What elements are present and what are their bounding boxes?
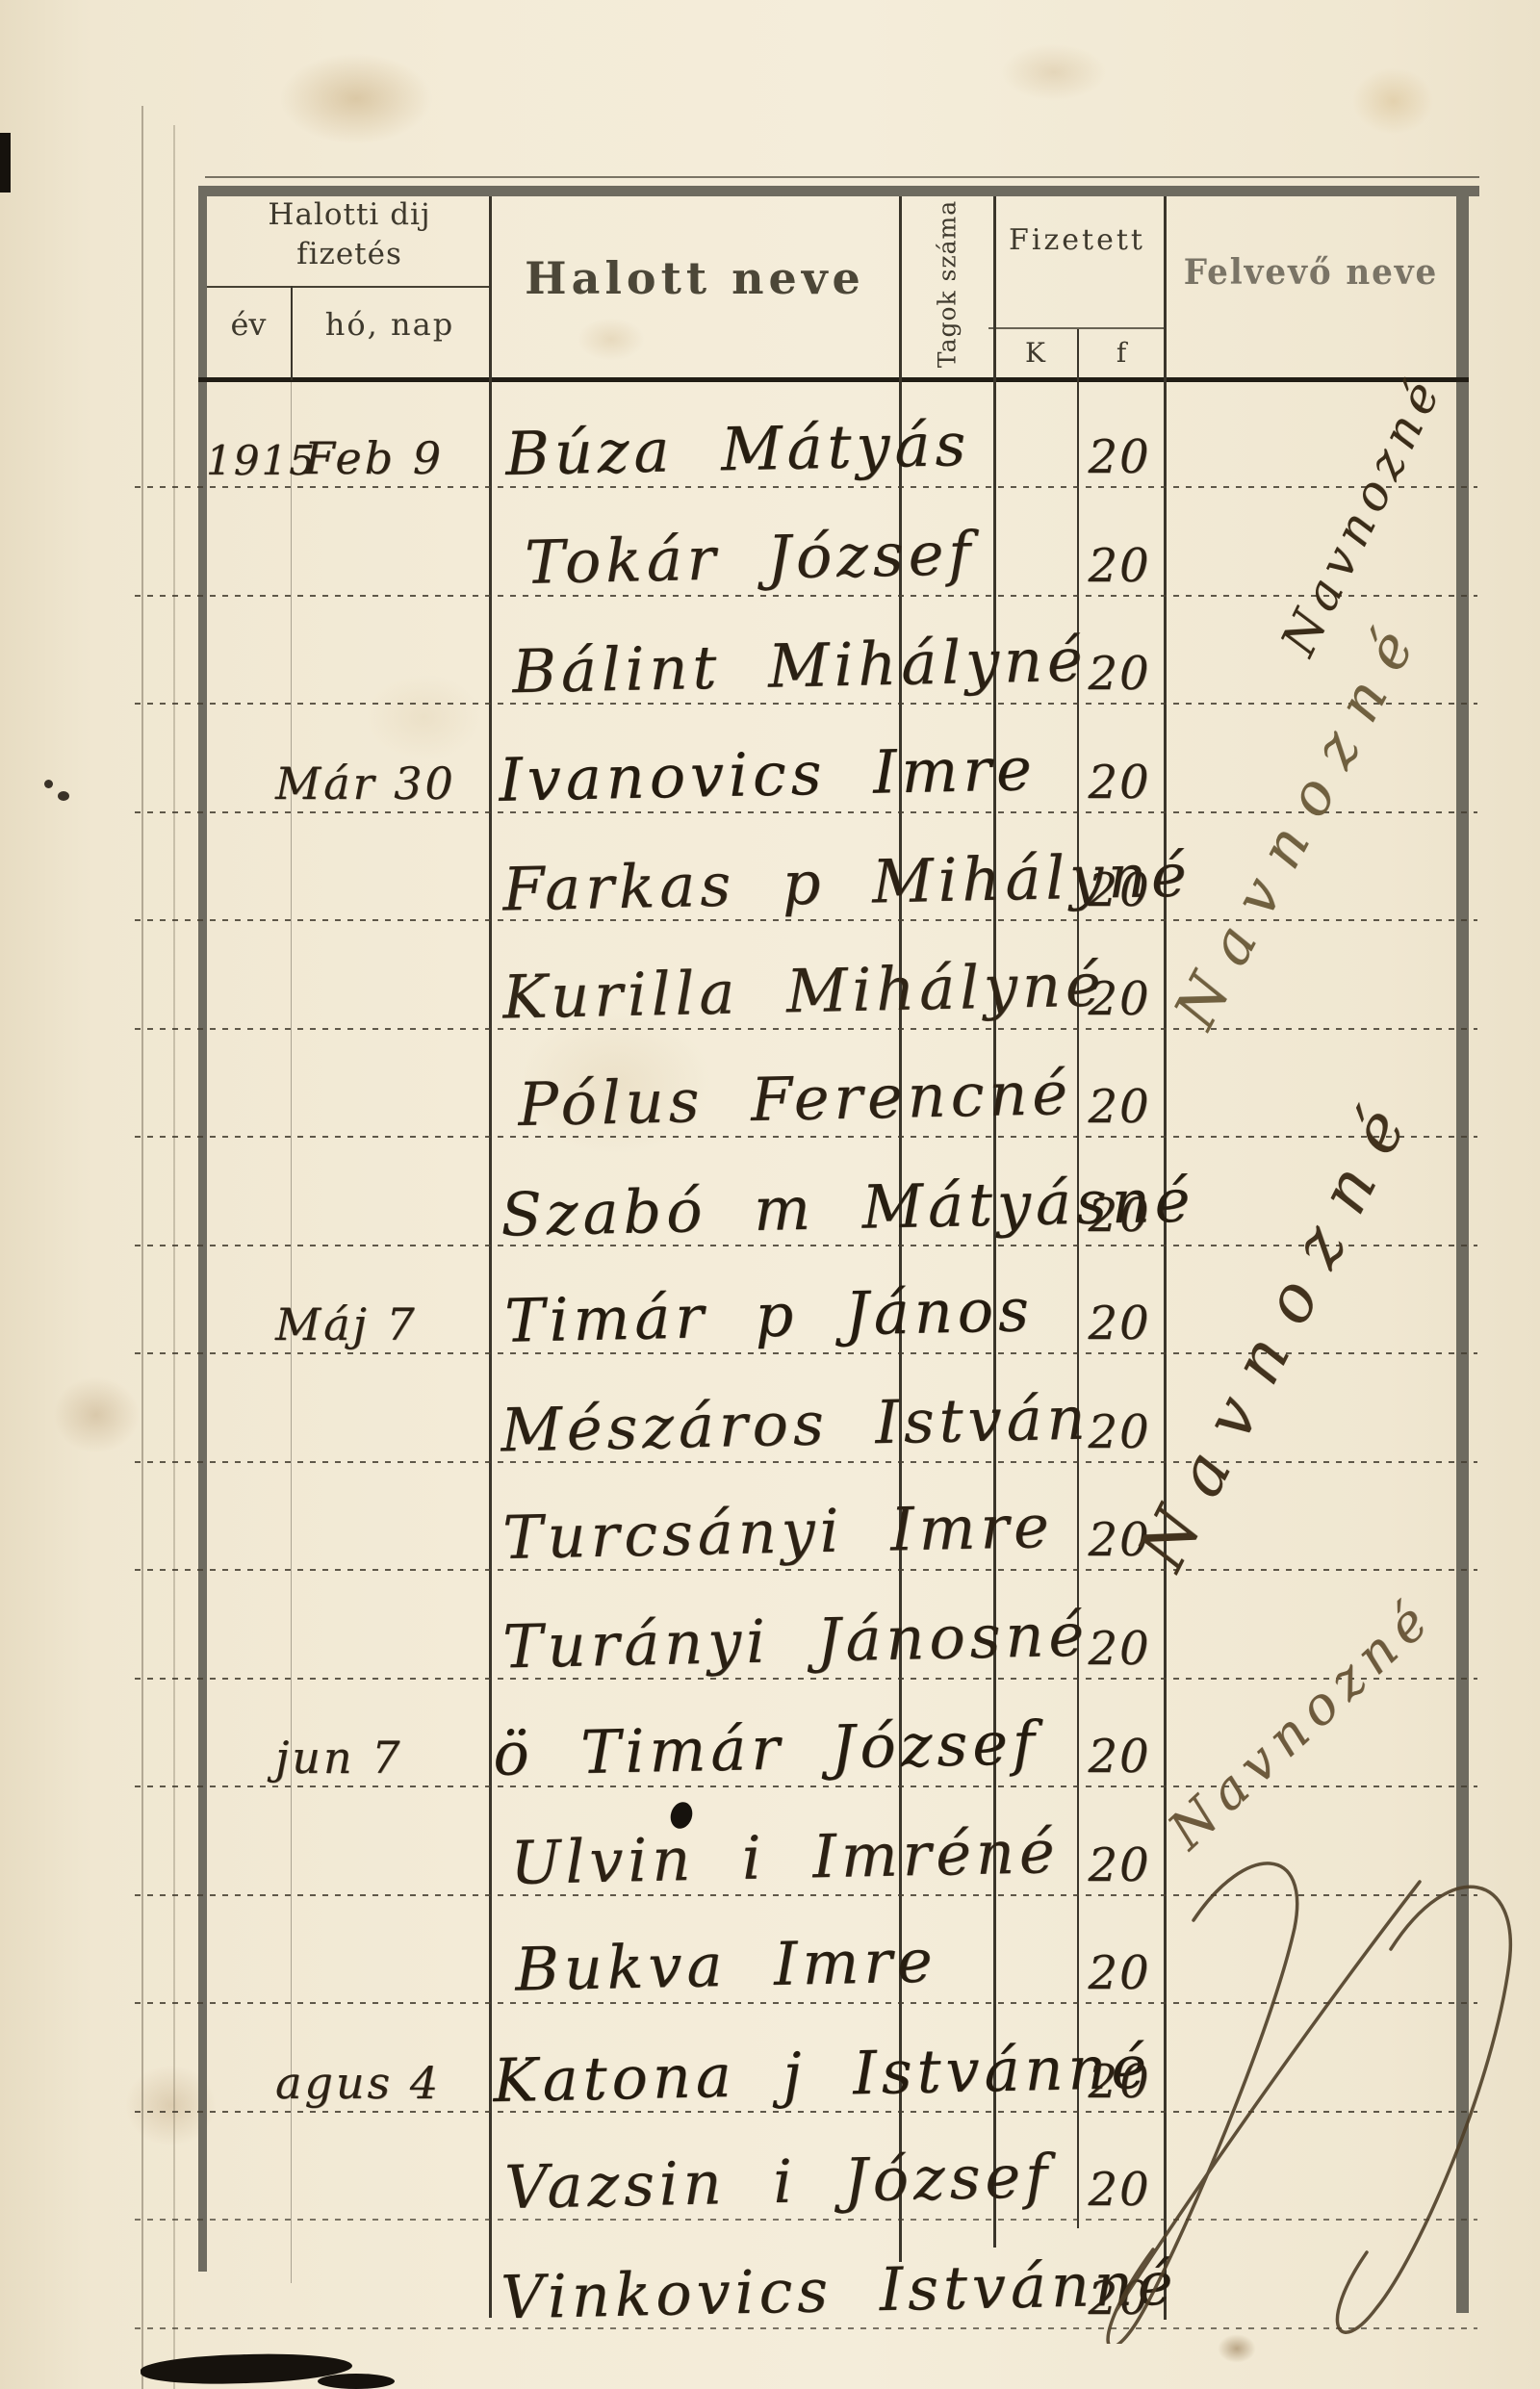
row-separator xyxy=(135,1136,1477,1138)
row-month-day: Máj 7 xyxy=(275,1287,418,1350)
row-deceased-name: ö Timár József xyxy=(492,1691,1039,1789)
row-month-day: jun 7 xyxy=(275,1720,402,1784)
recorder-signature: Navnozné xyxy=(1270,366,1454,664)
row-month-day: Feb 9 xyxy=(304,421,444,484)
row-separator xyxy=(135,595,1477,597)
row-fee-filler: 20 xyxy=(1084,639,1155,701)
row-deceased-name: Turányi Jánosné xyxy=(501,1582,1090,1682)
row-fee-filler: 20 xyxy=(1084,1722,1155,1784)
paper-stain xyxy=(53,1376,140,1453)
recorder-signature: Navnozné xyxy=(1157,1585,1447,1861)
row-year: 1915 xyxy=(206,424,317,484)
row-fee-filler: 20 xyxy=(1084,748,1155,809)
table-left-border xyxy=(198,186,207,2272)
row-deceased-name: Turcsányi Imre xyxy=(501,1475,1054,1573)
paid-label: Fizetett xyxy=(988,223,1166,257)
row-month-day: Már 30 xyxy=(275,746,456,809)
row-deceased-name: Timár p János xyxy=(503,1258,1034,1355)
table-top-rule-thin xyxy=(205,176,1479,178)
row-separator xyxy=(135,1678,1477,1680)
header-bottom-rule xyxy=(198,377,1469,382)
recorder-flourish-signature xyxy=(1097,1824,1530,2344)
margin-rule xyxy=(141,106,143,2389)
row-deceased-name: Búza Mátyás xyxy=(504,393,971,489)
register-page: Halotti dij fizetés év hó, nap Halott ne… xyxy=(0,0,1540,2389)
row-separator xyxy=(135,1245,1477,1246)
year-label: év xyxy=(205,306,292,343)
ink-speck xyxy=(44,780,53,788)
members-count-label: Tagok száma xyxy=(934,168,962,399)
row-fee-filler: 20 xyxy=(1084,964,1155,1026)
deceased-name-label: Halott neve xyxy=(493,252,897,304)
monthday-label: hó, nap xyxy=(294,306,486,343)
korona-label: K xyxy=(993,337,1077,369)
row-fee-filler: 20 xyxy=(1084,1072,1155,1134)
row-deceased-name: Kurilla Mihályné xyxy=(501,933,1106,1032)
row-separator xyxy=(135,1461,1477,1463)
row-deceased-name: Bálint Mihályné xyxy=(511,608,1088,706)
paper-stain xyxy=(577,318,645,361)
payment-column-title: Halotti dij fizetés xyxy=(214,195,485,274)
row-month-day: agus 4 xyxy=(275,2045,441,2109)
row-deceased-name: Mészáros István xyxy=(500,1366,1091,1465)
row-separator xyxy=(135,703,1477,705)
row-deceased-name: Ivanovics Imre xyxy=(498,717,1037,815)
row-deceased-name: Bukva Imre xyxy=(514,1909,937,2004)
row-fee-filler: 20 xyxy=(1084,856,1155,917)
row-fee-filler: 20 xyxy=(1084,531,1155,593)
row-deceased-name: Ulvin i Imréné xyxy=(509,1800,1060,1898)
margin-rule xyxy=(173,125,175,2389)
scan-edge-mark xyxy=(0,133,11,193)
ink-speck xyxy=(58,791,69,801)
row-separator xyxy=(135,1028,1477,1030)
filler-label: f xyxy=(1079,337,1164,369)
row-deceased-name: Vinkovics Istvánné xyxy=(500,2231,1178,2332)
paper-stain xyxy=(1352,67,1434,135)
row-fee-filler: 20 xyxy=(1084,423,1155,484)
row-separator xyxy=(135,1569,1477,1571)
row-fee-filler: 20 xyxy=(1084,1398,1155,1459)
col-divider-name xyxy=(489,196,492,2318)
recorder-signature: Navnozné xyxy=(1162,601,1438,1040)
row-fee-filler: 20 xyxy=(1084,1614,1155,1676)
paper-stain xyxy=(279,53,433,144)
row-deceased-name: Vazsin i József xyxy=(503,2124,1053,2222)
paper-stain xyxy=(1001,43,1107,101)
row-deceased-name: Tokár József xyxy=(524,501,976,598)
row-deceased-name: Katona j Istvánné xyxy=(492,2015,1152,2115)
bottom-smudge xyxy=(318,2374,395,2389)
row-fee-filler: 20 xyxy=(1084,1181,1155,1243)
row-separator xyxy=(135,486,1477,488)
row-fee-filler: 20 xyxy=(1084,1289,1155,1350)
row-deceased-name: Pólus Ferencné xyxy=(517,1041,1073,1140)
recorder-label: Felvevő neve xyxy=(1174,252,1449,293)
payment-header-rule xyxy=(207,286,491,288)
